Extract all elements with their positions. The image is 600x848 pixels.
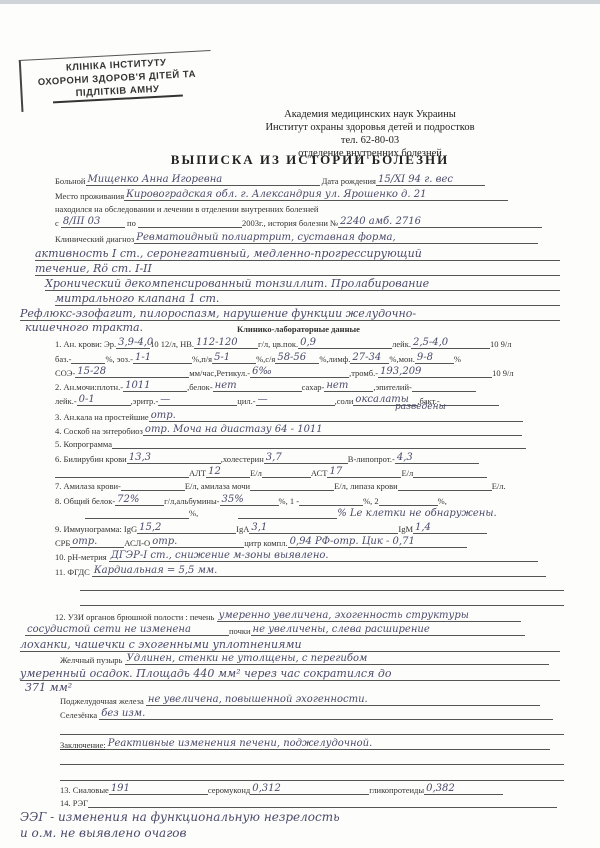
value: 27-34	[350, 352, 389, 364]
value: 13,3	[127, 452, 221, 464]
label: 10 9/л	[490, 339, 511, 349]
label: холестерин	[223, 454, 264, 464]
label: Поджелудочная железа	[60, 696, 144, 706]
label: соли	[337, 396, 354, 406]
value: отр.	[150, 536, 244, 548]
label: цил.	[237, 396, 252, 406]
diagnosis-line: Хронический декомпенсированный тонзиллит…	[45, 277, 560, 291]
value: 1-1	[133, 352, 192, 364]
value: 3,7	[264, 452, 348, 464]
address-row: Место проживанияКировоградская обл. г. А…	[55, 189, 508, 201]
admission-date: 8/III 03	[61, 216, 125, 228]
value	[112, 438, 526, 449]
bilirubin-row: 6. Билирубин крови13,3,холестерин3,7В-ли…	[55, 452, 479, 464]
label: 4. Соскоб на энтеробиоз	[55, 426, 143, 436]
section-title: Клинико-лабораторные данные	[237, 324, 360, 334]
value: 12	[206, 466, 250, 478]
value: не увеличена, повышенной эхогенности.	[146, 694, 540, 706]
pancreas-row: Поджелудочная железа не увеличена, повыш…	[60, 694, 540, 706]
discharge-summary-page: КЛІНІКА ІНСТИТУТУ ОХОРОНИ ЗДОРОВ'Я ДІТЕЙ…	[0, 0, 600, 848]
globulin-row: %,% Lе клетки не обнаружены.	[85, 508, 497, 519]
reg-row: 14. РЭГ	[60, 797, 557, 808]
label: Заключение:	[60, 740, 106, 750]
value: —	[256, 394, 335, 406]
label: Е/л	[250, 468, 262, 478]
scrape-row: 4. Соскоб на энтеробиозотр. Моча на диас…	[55, 424, 522, 436]
spleen-row: Селезёнка без изм.	[60, 708, 553, 720]
value: 1,4	[413, 522, 487, 534]
label: 2. Ан.мочи:плотн.	[55, 382, 120, 392]
value: 9-8	[415, 352, 454, 364]
crp-row: СРБотр.АСЛ-Оотр.цитр компл.0,94 РФ-отр. …	[55, 536, 467, 548]
label: баз.	[55, 354, 69, 364]
label: 3. Ан.кала на простейшие	[55, 412, 149, 422]
label: 5. Копрограмма	[55, 439, 112, 449]
value: Удлинен, стенки не утолщены, с перегибом	[125, 653, 549, 665]
label: 13. Сиаловые	[60, 785, 109, 795]
label: мон.	[399, 354, 415, 364]
label: с	[55, 218, 59, 228]
blood-row-1: 1. Ан. крови: Эр.3,9-4,010 12/л, НВ.112-…	[55, 337, 511, 349]
value: отр.	[149, 410, 523, 422]
eeg-note: и о.м. не выявлено очагов	[20, 826, 186, 840]
value: 0,9	[298, 337, 392, 349]
label: 11. ФГДС	[55, 567, 90, 577]
diagnosis-line: Ревматоидный полиартрит, суставная форма…	[134, 232, 538, 244]
diagnosis-line: кишечного тракта.	[25, 321, 143, 334]
copro-row: 5. Копрограмма	[55, 438, 526, 449]
value: 0,382	[424, 783, 503, 795]
diagnosis-line: митрального клапана 1 ст.	[55, 292, 560, 306]
value: нет	[213, 380, 302, 392]
value: 2,5-4,0	[411, 337, 490, 349]
label: СРБ	[55, 538, 70, 548]
label: 7. Амилаза крови-	[55, 481, 121, 491]
clinic-stamp: КЛІНІКА ІНСТИТУТУ ОХОРОНИ ЗДОРОВ'Я ДІТЕЙ…	[19, 50, 213, 112]
gallbladder-line: 371 мм²	[25, 681, 72, 694]
value: 17	[327, 466, 401, 478]
value: 3,9-4,0	[116, 337, 150, 349]
value: 15,2	[137, 522, 236, 534]
value: 1011	[123, 380, 187, 392]
stay-text: находился на обследовании и лечении в от…	[55, 204, 318, 214]
value	[440, 395, 499, 406]
label: Больной	[55, 176, 86, 186]
label: 6. Билирубин крови	[55, 454, 127, 464]
diagnosis-line: активность I ст., серонегативный, медлен…	[35, 247, 560, 261]
label: 9. Иммунограмма: IgG	[55, 524, 137, 534]
label: 10. рН-метрия	[55, 552, 107, 562]
eeg-note: ЭЭГ - изменения на функциональную незрел…	[20, 810, 340, 824]
gallbladder-row: Желчный пузырь Удлинен, стенки не утолще…	[60, 653, 549, 665]
label: гликопротеиды	[369, 785, 424, 795]
label: мм/час	[189, 368, 214, 378]
label: 12. УЗИ органов брюшной полости : печень	[55, 612, 214, 622]
label: цитр компл.	[244, 538, 287, 548]
scan-edge	[0, 0, 600, 4]
value: 15-28	[75, 366, 189, 378]
label: СОЭ	[55, 368, 72, 378]
value: сосудистой сети не изменена	[25, 624, 229, 636]
value: 4,3	[395, 452, 479, 464]
discharge-date	[138, 217, 242, 228]
value: 0,312	[250, 783, 369, 795]
value: 6‰	[250, 366, 349, 378]
label: IgA	[236, 524, 249, 534]
label: по	[127, 218, 136, 228]
label: Ретикул.	[216, 368, 247, 378]
academy-name: Академия медицинских наук Украины	[200, 108, 540, 121]
value: 58-56	[275, 352, 319, 364]
value: —	[158, 394, 237, 406]
patient-name: Мищенко Анна Игоревна	[86, 174, 320, 186]
patient-name-row: БольнойМищенко Анна Игоревна Дата рожден…	[55, 174, 485, 186]
label: лейк.	[392, 339, 411, 349]
label: В-липопрот.	[348, 454, 392, 464]
value: нет	[324, 380, 373, 392]
value: отр. Моча на диастазу 64 - 1011	[143, 424, 522, 436]
value: Реактивные изменения печени, поджелудочн…	[106, 738, 550, 750]
label: Е/л.	[492, 481, 506, 491]
value: умеренно увеличена, эхогенность структур…	[217, 610, 521, 622]
label: п/я	[201, 354, 212, 364]
fgds-row: 11. ФГДС Кардиальная = 5,5 мм.	[55, 565, 546, 577]
address: Кировоградская обл. г. Александрия ул. Я…	[124, 189, 508, 201]
urine-row-1: 2. Ан.мочи:плотн.-1011,белок-нетсахар-не…	[55, 380, 476, 392]
protein-row: 8. Общий белок-72%г/л,альбумины-35%%, 1 …	[55, 494, 447, 506]
history-number: 2240 амб. 2716	[338, 216, 542, 228]
phone: тел. 62-80-03	[200, 134, 540, 147]
gallbladder-line: умеренный осадок. Площадь 440 мм² через …	[20, 667, 560, 681]
label: %, 2	[363, 496, 379, 506]
value: 112-120	[194, 337, 258, 349]
value: 0,94 РФ-отр. Цик - 0,71	[288, 536, 467, 548]
stool-row: 3. Ан.кала на простейшиеотр.	[55, 410, 523, 422]
blood-row-2: баз.-%, эоз.-1-1%,п/я5-1%,с/я58-56%,лимф…	[55, 352, 461, 364]
value: Кардиальная = 5,5 мм.	[92, 565, 546, 577]
label: Е/л, липаза крови	[334, 481, 398, 491]
label: АСЛ-О	[124, 538, 150, 548]
value: 3,1	[249, 522, 398, 534]
label: 1. Ан. крови: Эр.	[55, 339, 116, 349]
label: Клинический диагноз	[55, 234, 134, 244]
diagnosis-line: Рефлюкс-эзофагит, пилороспазм, нарушение…	[20, 307, 560, 321]
label: лимф.	[329, 354, 351, 364]
label: г/л,альбумины-	[164, 496, 219, 506]
dob: 15/XI 94 г. вес	[376, 174, 485, 186]
label: АСТ	[311, 468, 328, 478]
value: ДГЭР-I ст., снижение м-зоны выявлено.	[109, 550, 538, 562]
label: с/я	[265, 354, 275, 364]
label: 10 9/л	[492, 368, 513, 378]
value: 72%	[115, 494, 164, 506]
value: 5-1	[212, 352, 256, 364]
sialic-row: 13. Сиаловые191серомуконд0,312гликопроте…	[60, 783, 503, 795]
label: белок	[189, 382, 210, 392]
value: 0-1	[77, 394, 131, 406]
label: лейк.	[55, 396, 74, 406]
label: эритр.	[133, 396, 156, 406]
dates-row: с 8/III 03 по 2003г., история болезни №2…	[55, 216, 542, 228]
value: без изм.	[99, 708, 553, 720]
label: серомуконд	[208, 785, 250, 795]
diagnosis-line: течение, Rö ст. I-II	[35, 262, 560, 276]
label: почки	[229, 626, 251, 636]
value	[412, 381, 476, 392]
label: %	[105, 354, 112, 364]
value	[71, 353, 105, 364]
label: %, 1 -	[279, 496, 300, 506]
value	[88, 797, 557, 808]
conclusion-row: Заключение:Реактивные изменения печени, …	[60, 738, 550, 750]
globulin-note: % Lе клетки не обнаружены.	[337, 508, 497, 519]
institute-name: Институт охраны здоровья детей и подрост…	[200, 121, 540, 134]
label: АЛТ	[189, 468, 206, 478]
value: 191	[109, 783, 208, 795]
label: эпителий	[375, 382, 409, 392]
label: сахар	[302, 382, 322, 392]
diagnosis-row: Клинический диагнозРевматоидный полиартр…	[55, 232, 538, 244]
value: 193,209	[378, 366, 492, 378]
kidney-line: лоханки, чашечки с эхогенными уплотнения…	[20, 638, 560, 652]
liver-kidney-row: сосудистой сети не измененапочкине увели…	[25, 624, 525, 636]
label: Место проживания	[55, 191, 124, 201]
immunogram-row: 9. Иммунограмма: IgG15,2IgA3,1IgM1,4	[55, 522, 487, 534]
label: Дата рождения	[322, 176, 376, 186]
value: отр.	[70, 536, 124, 548]
ph-row: 10. рН-метрия ДГЭР-I ст., снижение м-зон…	[55, 550, 538, 562]
label: 14. РЭГ	[60, 798, 88, 808]
label: 8. Общий белок-	[55, 496, 115, 506]
label: Желчный пузырь	[60, 655, 122, 665]
alt-ast-row: АЛТ12Е/лАСТ17Е/л	[55, 466, 487, 478]
label: г/л, цв.пок.	[258, 339, 298, 349]
label: Е/л, амилаза мочи	[185, 481, 250, 491]
label: 2003г., история болезни №	[242, 218, 338, 228]
label: IgM	[398, 524, 413, 534]
label: Селезёнка	[60, 710, 97, 720]
ultrasound-row: 12. УЗИ органов брюшной полости : печень…	[55, 610, 521, 622]
document-title: ВЫПИСКА ИЗ ИСТОРИИ БОЛЕЗНИ	[120, 152, 500, 168]
label: 10 12/л, НВ.	[150, 339, 194, 349]
value: 35%	[220, 494, 279, 506]
label: тромб.	[351, 368, 375, 378]
blood-row-3: СОЭ-15-28мм/час,Ретикул.-6‰,тромб.-193,2…	[55, 366, 514, 378]
label: эоз.	[117, 354, 130, 364]
label: Е/л	[401, 468, 413, 478]
value: не увеличены, слева расширение	[251, 624, 525, 636]
amylase-row: 7. Амилаза крови-Е/л, амилаза мочиЕ/л, л…	[55, 480, 506, 491]
